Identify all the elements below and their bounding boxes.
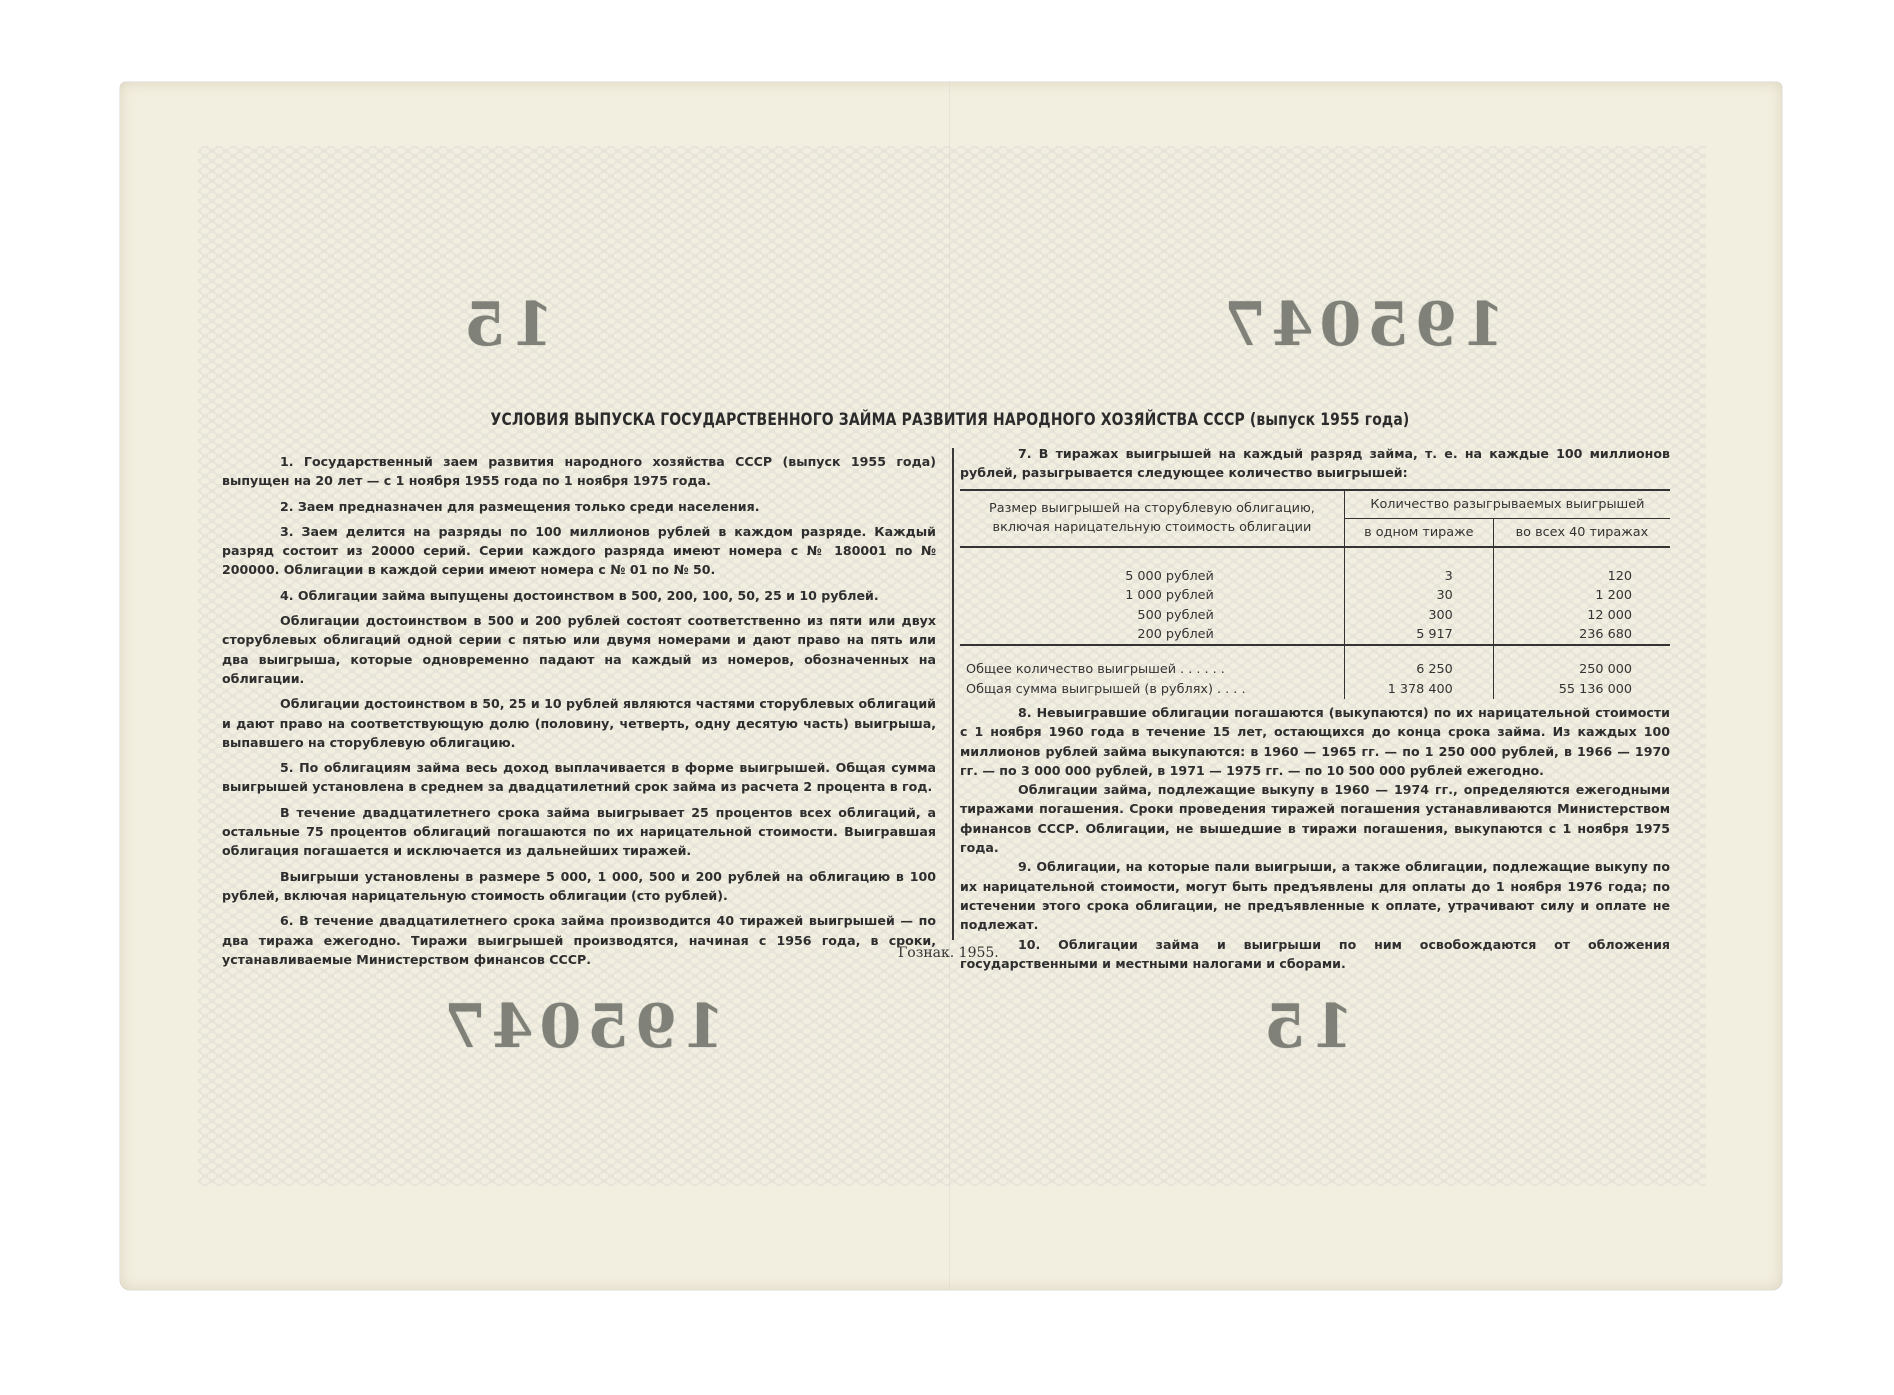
prize-table-header-size: Размер выигрышей на сторублевую облигаци… xyxy=(960,490,1344,548)
one-draw-count: 5 917 xyxy=(1344,625,1493,645)
table-row: 500 рублей 300 12 000 xyxy=(960,606,1670,625)
all-draws-count: 120 xyxy=(1493,567,1670,586)
all-draws-total: 250 000 xyxy=(1493,660,1670,679)
prize-table-subheader-all-draws: во всех 40 тиражах xyxy=(1493,518,1670,547)
paragraph: Облигации достоинством в 50, 25 и 10 руб… xyxy=(222,694,936,752)
paragraph: 7. В тиражах выигрышей на каждый разряд … xyxy=(960,444,1670,483)
paragraph: 2. Заем предназначен для размещения толь… xyxy=(222,497,936,516)
all-draws-count: 236 680 xyxy=(1493,625,1670,645)
serial-mirrored-bottom-left: 195047 xyxy=(438,992,725,1062)
table-row: 1 000 рублей 30 1 200 xyxy=(960,586,1670,605)
total-label: Общее количество выигрышей . . . . . . xyxy=(960,660,1344,679)
prize-size: 200 рублей xyxy=(960,625,1344,645)
one-draw-count: 300 xyxy=(1344,606,1493,625)
prize-size: 5 000 рублей xyxy=(960,567,1344,586)
column-divider xyxy=(952,448,954,940)
paragraph: 4. Облигации займа выпущены достоинством… xyxy=(222,586,936,605)
all-draws-count: 1 200 xyxy=(1493,586,1670,605)
paragraph: Выигрыши установлены в размере 5 000, 1 … xyxy=(222,867,936,906)
paragraph: Облигации достоинством в 500 и 200 рубле… xyxy=(222,611,936,688)
paragraph: 6. В течение двадцатилетнего срока займа… xyxy=(222,911,936,969)
table-row: 200 рублей 5 917 236 680 xyxy=(960,625,1670,645)
paragraph: 3. Заем делится на разряды по 100 миллио… xyxy=(222,522,936,580)
all-draws-count: 12 000 xyxy=(1493,606,1670,625)
prize-size: 500 рублей xyxy=(960,606,1344,625)
conditions-title: УСЛОВИЯ ВЫПУСКА ГОСУДАРСТВЕННОГО ЗАЙМА Р… xyxy=(335,410,1565,430)
paragraph: 1. Государственный заем развития народно… xyxy=(222,452,936,491)
header-line: Размер выигрышей на сторублевую облигаци… xyxy=(989,501,1315,516)
one-draw-total: 6 250 xyxy=(1344,660,1493,679)
left-column: 1. Государственный заем развития народно… xyxy=(222,452,936,975)
header-line: включая нарицательную стоимость облигаци… xyxy=(993,520,1312,535)
paragraph: В течение двадцатилетнего срока займа вы… xyxy=(222,803,936,861)
printer-mark: Гознак. 1955. xyxy=(898,945,999,961)
prize-table: Размер выигрышей на сторублевую облигаци… xyxy=(960,489,1670,699)
one-draw-count: 30 xyxy=(1344,586,1493,605)
all-draws-total: 55 136 000 xyxy=(1493,680,1670,699)
table-row-total: Общее количество выигрышей . . . . . . 6… xyxy=(960,660,1670,679)
paragraph: 9. Облигации, на которые пали выигрыши, … xyxy=(960,857,1670,934)
prize-size: 1 000 рублей xyxy=(960,586,1344,605)
prize-table-subheader-one-draw: в одном тираже xyxy=(1344,518,1493,547)
prize-table-header-count: Количество разыгрываемых выигрышей xyxy=(1344,490,1670,519)
paragraph: 10. Облигации займа и выигрыши по ним ос… xyxy=(960,935,1670,974)
fold-crease xyxy=(949,82,951,1290)
table-row-total: Общая сумма выигрышей (в рублях) . . . .… xyxy=(960,680,1670,699)
right-column: 7. В тиражах выигрышей на каждый разряд … xyxy=(960,444,1670,973)
one-draw-total: 1 378 400 xyxy=(1344,680,1493,699)
paragraph: 5. По облигациям займа весь доход выплач… xyxy=(222,758,936,797)
total-label: Общая сумма выигрышей (в рублях) . . . . xyxy=(960,680,1344,699)
serial-mirrored-bottom-right: 15 xyxy=(1258,992,1354,1062)
table-row: 5 000 рублей 3 120 xyxy=(960,567,1670,586)
paragraph: 8. Невыигравшие облигации погашаются (вы… xyxy=(960,703,1670,780)
serial-mirrored-top-left: 15 xyxy=(458,290,554,360)
paragraph: Облигации займа, подлежащие выкупу в 196… xyxy=(960,780,1670,857)
one-draw-count: 3 xyxy=(1344,567,1493,586)
serial-mirrored-top-right: 195047 xyxy=(1218,290,1505,360)
